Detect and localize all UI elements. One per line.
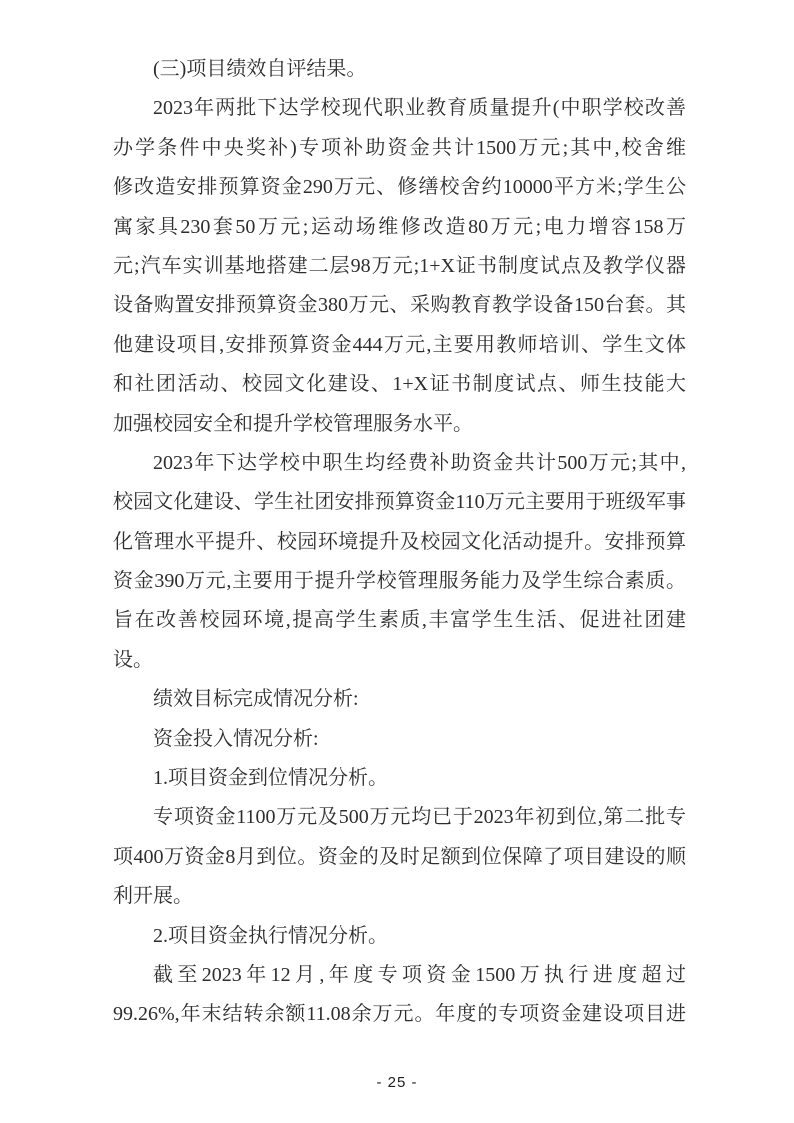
text-line: 2023年下达学校中职生均经费补助资金共计500万元;其中, <box>113 444 686 483</box>
text-line: 他建设项目,安排预算资金444万元,主要用教师培训、学生文体 <box>113 326 686 365</box>
text-line: 2.项目资金执行情况分析。 <box>113 917 686 956</box>
text-line: 寓家具230套50万元;运动场维修改造80万元;电力增容158万 <box>113 208 686 247</box>
text-line: 绩效目标完成情况分析: <box>113 680 686 719</box>
text-line: 办学条件中央奖补)专项补助资金共计1500万元;其中,校舍维 <box>113 129 686 168</box>
text-line: 专项资金1100万元及500万元均已于2023年初到位,第二批专 <box>113 798 686 837</box>
text-line: 化管理水平提升、校园环境提升及校园文化活动提升。安排预算 <box>113 523 686 562</box>
text-line: 修改造安排预算资金290万元、修缮校舍约10000平方米;学生公 <box>113 168 686 207</box>
document-page: (三)项目绩效自评结果。 2023年两批下达学校现代职业教育质量提升(中职学校改… <box>0 0 794 1123</box>
page-number: - 25 - <box>0 1074 794 1091</box>
text-line: 设备购置安排预算资金380万元、采购教育教学设备150台套。其 <box>113 286 686 325</box>
text-line: 设。 <box>113 641 686 680</box>
text-line: 资金投入情况分析: <box>113 720 686 759</box>
text-line: 项400万资金8月到位。资金的及时足额到位保障了项目建设的顺 <box>113 838 686 877</box>
text-line: 旨在改善校园环境,提高学生素质,丰富学生生活、促进社团建 <box>113 601 686 640</box>
text-line: 和社团活动、校园文化建设、1+X证书制度试点、师生技能大赛、 <box>113 365 686 404</box>
text-line: 校园文化建设、学生社团安排预算资金110万元主要用于班级军事 <box>113 483 686 522</box>
text-line: 2023年两批下达学校现代职业教育质量提升(中职学校改善 <box>113 89 686 128</box>
section-heading: (三)项目绩效自评结果。 <box>113 50 686 89</box>
text-line: 利开展。 <box>113 877 686 916</box>
document-body: (三)项目绩效自评结果。 2023年两批下达学校现代职业教育质量提升(中职学校改… <box>113 50 686 1035</box>
text-line: 99.26%,年末结转余额11.08余万元。年度的专项资金建设项目进 <box>113 995 686 1034</box>
text-line: 截至2023年12月,年度专项资金1500万执行进度超过 <box>113 956 686 995</box>
text-line: 加强校园安全和提升学校管理服务水平。 <box>113 405 686 444</box>
text-line: 资金390万元,主要用于提升学校管理服务能力及学生综合素质。 <box>113 562 686 601</box>
text-line: 元;汽车实训基地搭建二层98万元;1+X证书制度试点及教学仪器 <box>113 247 686 286</box>
text-line: 1.项目资金到位情况分析。 <box>113 759 686 798</box>
